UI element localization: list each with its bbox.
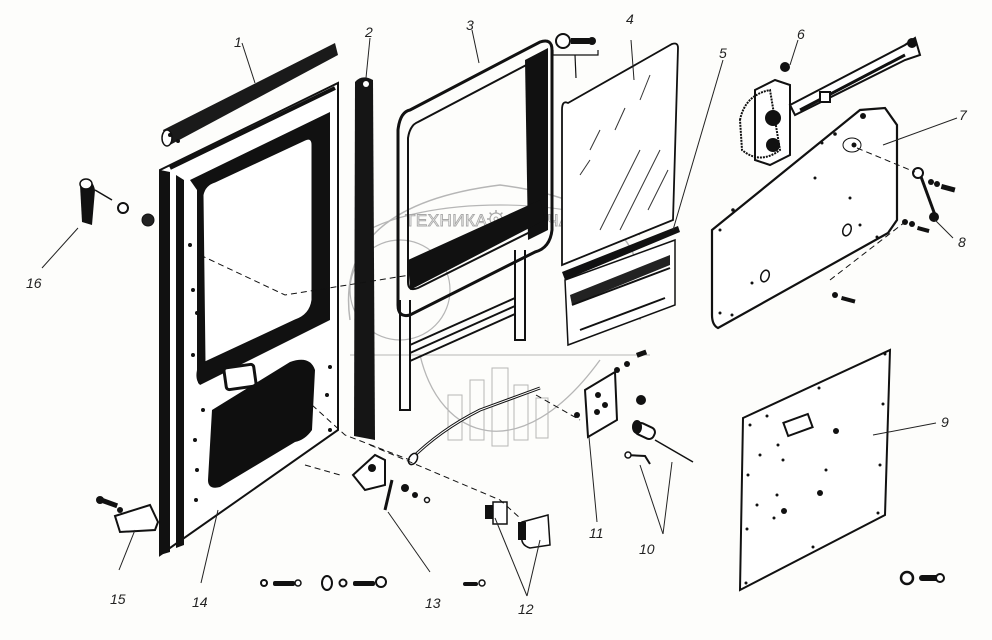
- callout-14: 14: [192, 594, 208, 610]
- callout-16: 16: [26, 275, 42, 291]
- part-bolt-washer: [553, 34, 598, 78]
- callout-7: 7: [959, 107, 968, 123]
- part-door-frame: [160, 83, 338, 555]
- callout-9: 9: [941, 414, 949, 430]
- callout-5: 5: [719, 45, 727, 61]
- callout-8: 8: [958, 234, 966, 250]
- part-door-hinge: [96, 496, 158, 532]
- part-inner-trim-panel: [740, 350, 944, 590]
- watermark-left-text: ТЕХНИКА: [405, 211, 487, 230]
- callout-12: 12: [518, 601, 534, 617]
- part-outer-handle: [80, 179, 154, 226]
- part-lock-cylinder-and-key: [625, 420, 693, 464]
- callout-2: 2: [364, 24, 373, 40]
- callout-3: 3: [466, 17, 474, 33]
- callout-10: 10: [639, 541, 655, 557]
- part-regulator-mounting-panel: [712, 108, 897, 328]
- callout-4: 4: [626, 11, 634, 27]
- part-washer-screw: [901, 572, 944, 584]
- callout-6: 6: [797, 26, 805, 42]
- callout-13: 13: [425, 595, 441, 611]
- part-vertical-seal-strip: [354, 77, 375, 440]
- part-inner-handle: [353, 455, 430, 510]
- callout-15: 15: [110, 591, 126, 607]
- parts-diagram: ТЕХНИКА ЗАПЧАСТИ: [0, 0, 992, 640]
- part-window-glass: [562, 44, 678, 266]
- callout-1: 1: [234, 34, 242, 50]
- callout-11: 11: [589, 525, 604, 541]
- loose-fasteners: [261, 576, 485, 590]
